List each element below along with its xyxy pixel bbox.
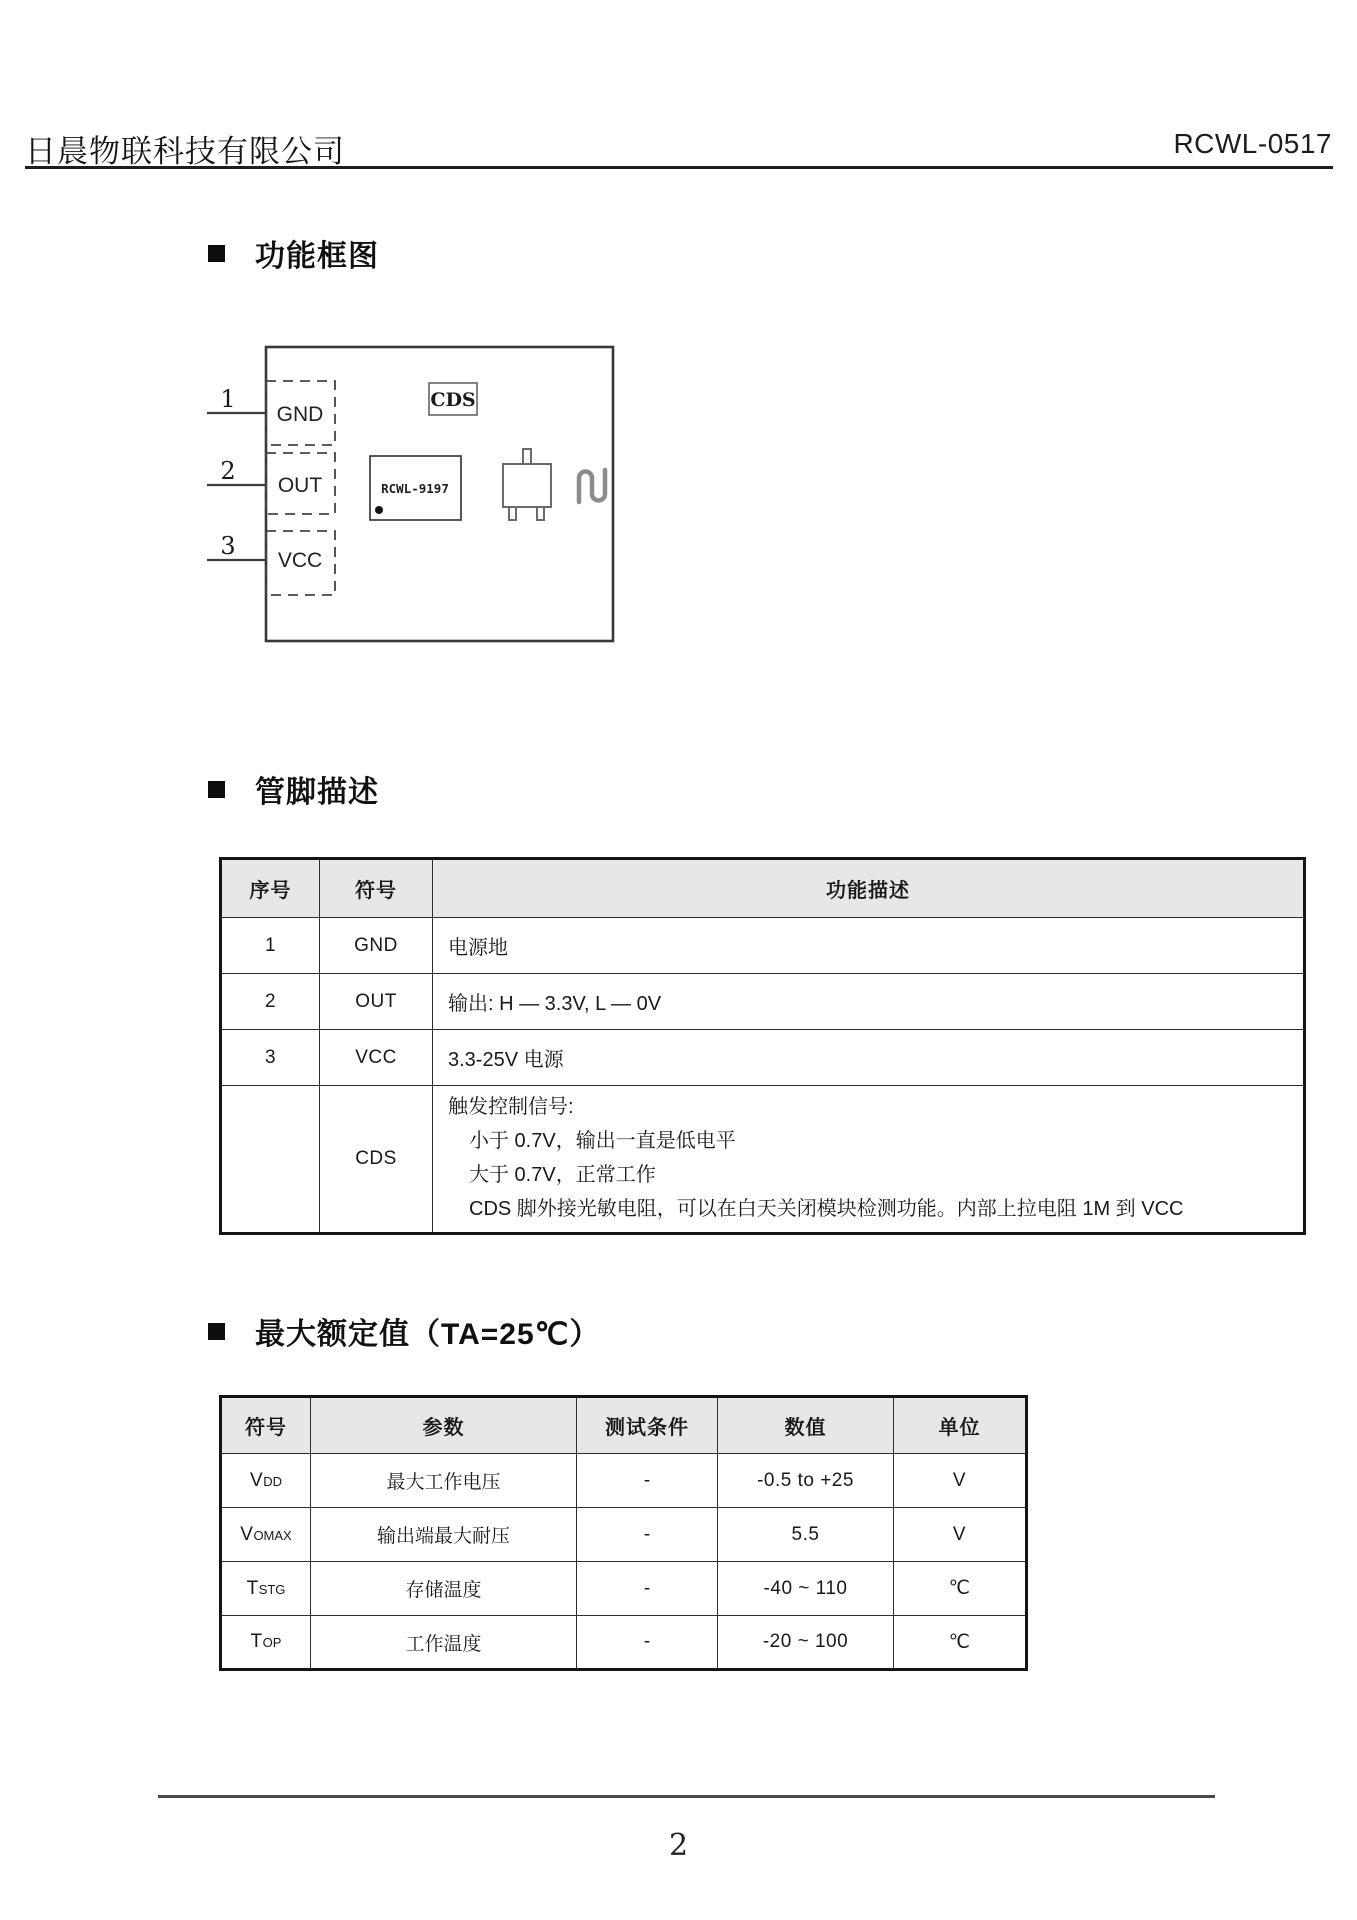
cell-unit: ℃ (894, 1616, 1027, 1670)
cell-param: 输出端最大耐压 (311, 1508, 577, 1562)
table-row: VDD 最大工作电压 - -0.5 to +25 V (221, 1454, 1027, 1508)
pin-label: VCC (278, 549, 322, 572)
cds-desc-line: 小于 0.7V，输出一直是低电平 (448, 1124, 1303, 1158)
table-row: 2 OUT 输出: H — 3.3V, L — 0V (221, 974, 1305, 1030)
section-title-block-diagram: 功能框图 (208, 231, 379, 275)
cell-param: 存储温度 (311, 1562, 577, 1616)
pin-number: 1 (220, 385, 235, 413)
header-cell-no: 序号 (221, 859, 320, 918)
cell-param: 工作温度 (311, 1616, 577, 1670)
cell-value: -20 ~ 100 (718, 1616, 894, 1670)
cell-desc: 电源地 (433, 918, 1305, 974)
section-bullet-icon (208, 245, 225, 262)
header-rule (25, 166, 1333, 169)
table-header-row: 序号 符号 功能描述 (221, 859, 1305, 918)
cell-symbol: VOMAX (221, 1508, 311, 1562)
cell-cond: - (577, 1508, 718, 1562)
max-ratings-table: 符号 参数 测试条件 数值 单位 VDD 最大工作电压 - -0.5 to +2… (219, 1395, 1028, 1671)
table-row: TOP 工作温度 - -20 ~ 100 ℃ (221, 1616, 1027, 1670)
cell-value: -40 ~ 110 (718, 1562, 894, 1616)
pin-vcc: 3 VCC (207, 531, 335, 595)
pin-out: 2 OUT (207, 453, 335, 514)
cds-desc-line: CDS 脚外接光敏电阻，可以在白天关闭模块检测功能。内部上拉电阻 1M 到 VC… (448, 1192, 1303, 1226)
table-row: 3 VCC 3.3-25V 电源 (221, 1030, 1305, 1086)
cell-value: -0.5 to +25 (718, 1454, 894, 1508)
chip-pin1-dot (375, 506, 383, 514)
cell-cond: - (577, 1454, 718, 1508)
footer-rule (158, 1795, 1215, 1798)
section-title-max-ratings: 最大额定值（TA=25℃） (208, 1309, 600, 1353)
header-cell-param: 参数 (311, 1397, 577, 1454)
pin-label: OUT (278, 474, 323, 497)
cell-symbol: TSTG (221, 1562, 311, 1616)
header-cell-desc: 功能描述 (433, 859, 1305, 918)
cell-param: 最大工作电压 (311, 1454, 577, 1508)
cell-cond: - (577, 1562, 718, 1616)
pin-number: 3 (220, 532, 235, 560)
cell-value: 5.5 (718, 1508, 894, 1562)
antenna-icon (579, 470, 605, 502)
page-number: 2 (0, 1828, 1357, 1863)
header-cell-symbol: 符号 (320, 859, 433, 918)
section-bullet-icon (208, 781, 225, 798)
section-title-text: 最大额定值（TA=25℃） (255, 1309, 600, 1353)
table-row: 1 GND 电源地 (221, 918, 1305, 974)
pin-number: 2 (220, 457, 235, 485)
table-row: TSTG 存储温度 - -40 ~ 110 ℃ (221, 1562, 1027, 1616)
chip-box: RCWL-9197 (370, 456, 461, 520)
cell-symbol: OUT (320, 974, 433, 1030)
cds-box: CDS (429, 383, 477, 415)
cell-desc: 触发控制信号: 小于 0.7V，输出一直是低电平 大于 0.7V，正常工作 CD… (433, 1086, 1305, 1234)
table-header-row: 符号 参数 测试条件 数值 单位 (221, 1397, 1027, 1454)
pin-label: GND (277, 403, 324, 426)
cell-no: 2 (221, 974, 320, 1030)
cell-unit: V (894, 1508, 1027, 1562)
cds-label: CDS (430, 389, 475, 411)
cell-cond: - (577, 1616, 718, 1670)
cds-desc-line: 大于 0.7V，正常工作 (448, 1158, 1303, 1192)
cell-no: 3 (221, 1030, 320, 1086)
cell-desc: 3.3-25V 电源 (433, 1030, 1305, 1086)
document-code: RCWL-0517 (1173, 128, 1332, 160)
cds-desc-line: 触发控制信号: (448, 1090, 1303, 1124)
header-cell-unit: 单位 (894, 1397, 1027, 1454)
cell-symbol: GND (320, 918, 433, 974)
cell-unit: V (894, 1454, 1027, 1508)
datasheet-page: 日晨物联科技有限公司 RCWL-0517 功能框图 1 GND 2 OUT 3 (0, 0, 1357, 1920)
cell-desc: 输出: H — 3.3V, L — 0V (433, 974, 1305, 1030)
pin-description-table: 序号 符号 功能描述 1 GND 电源地 2 OUT 输出: H — 3.3V,… (219, 857, 1306, 1235)
cell-symbol: TOP (221, 1616, 311, 1670)
cell-symbol: CDS (320, 1086, 433, 1234)
block-diagram: 1 GND 2 OUT 3 VCC CDS RCWL-9197 (150, 328, 670, 660)
table-row: VOMAX 输出端最大耐压 - 5.5 V (221, 1508, 1027, 1562)
cell-symbol: VCC (320, 1030, 433, 1086)
company-name: 日晨物联科技有限公司 (25, 126, 345, 171)
section-title-text: 管脚描述 (255, 767, 379, 811)
cell-unit: ℃ (894, 1562, 1027, 1616)
cell-no: 1 (221, 918, 320, 974)
table-row: CDS 触发控制信号: 小于 0.7V，输出一直是低电平 大于 0.7V，正常工… (221, 1086, 1305, 1234)
chip-label: RCWL-9197 (381, 481, 449, 496)
section-bullet-icon (208, 1323, 225, 1340)
cell-symbol: VDD (221, 1454, 311, 1508)
pin-gnd: 1 GND (207, 381, 335, 445)
section-title-text: 功能框图 (255, 231, 379, 275)
header-cell-value: 数值 (718, 1397, 894, 1454)
header-cell-cond: 测试条件 (577, 1397, 718, 1454)
section-title-pin-description: 管脚描述 (208, 767, 379, 811)
cell-no (221, 1086, 320, 1234)
header-cell-symbol: 符号 (221, 1397, 311, 1454)
transistor-icon (503, 449, 551, 520)
